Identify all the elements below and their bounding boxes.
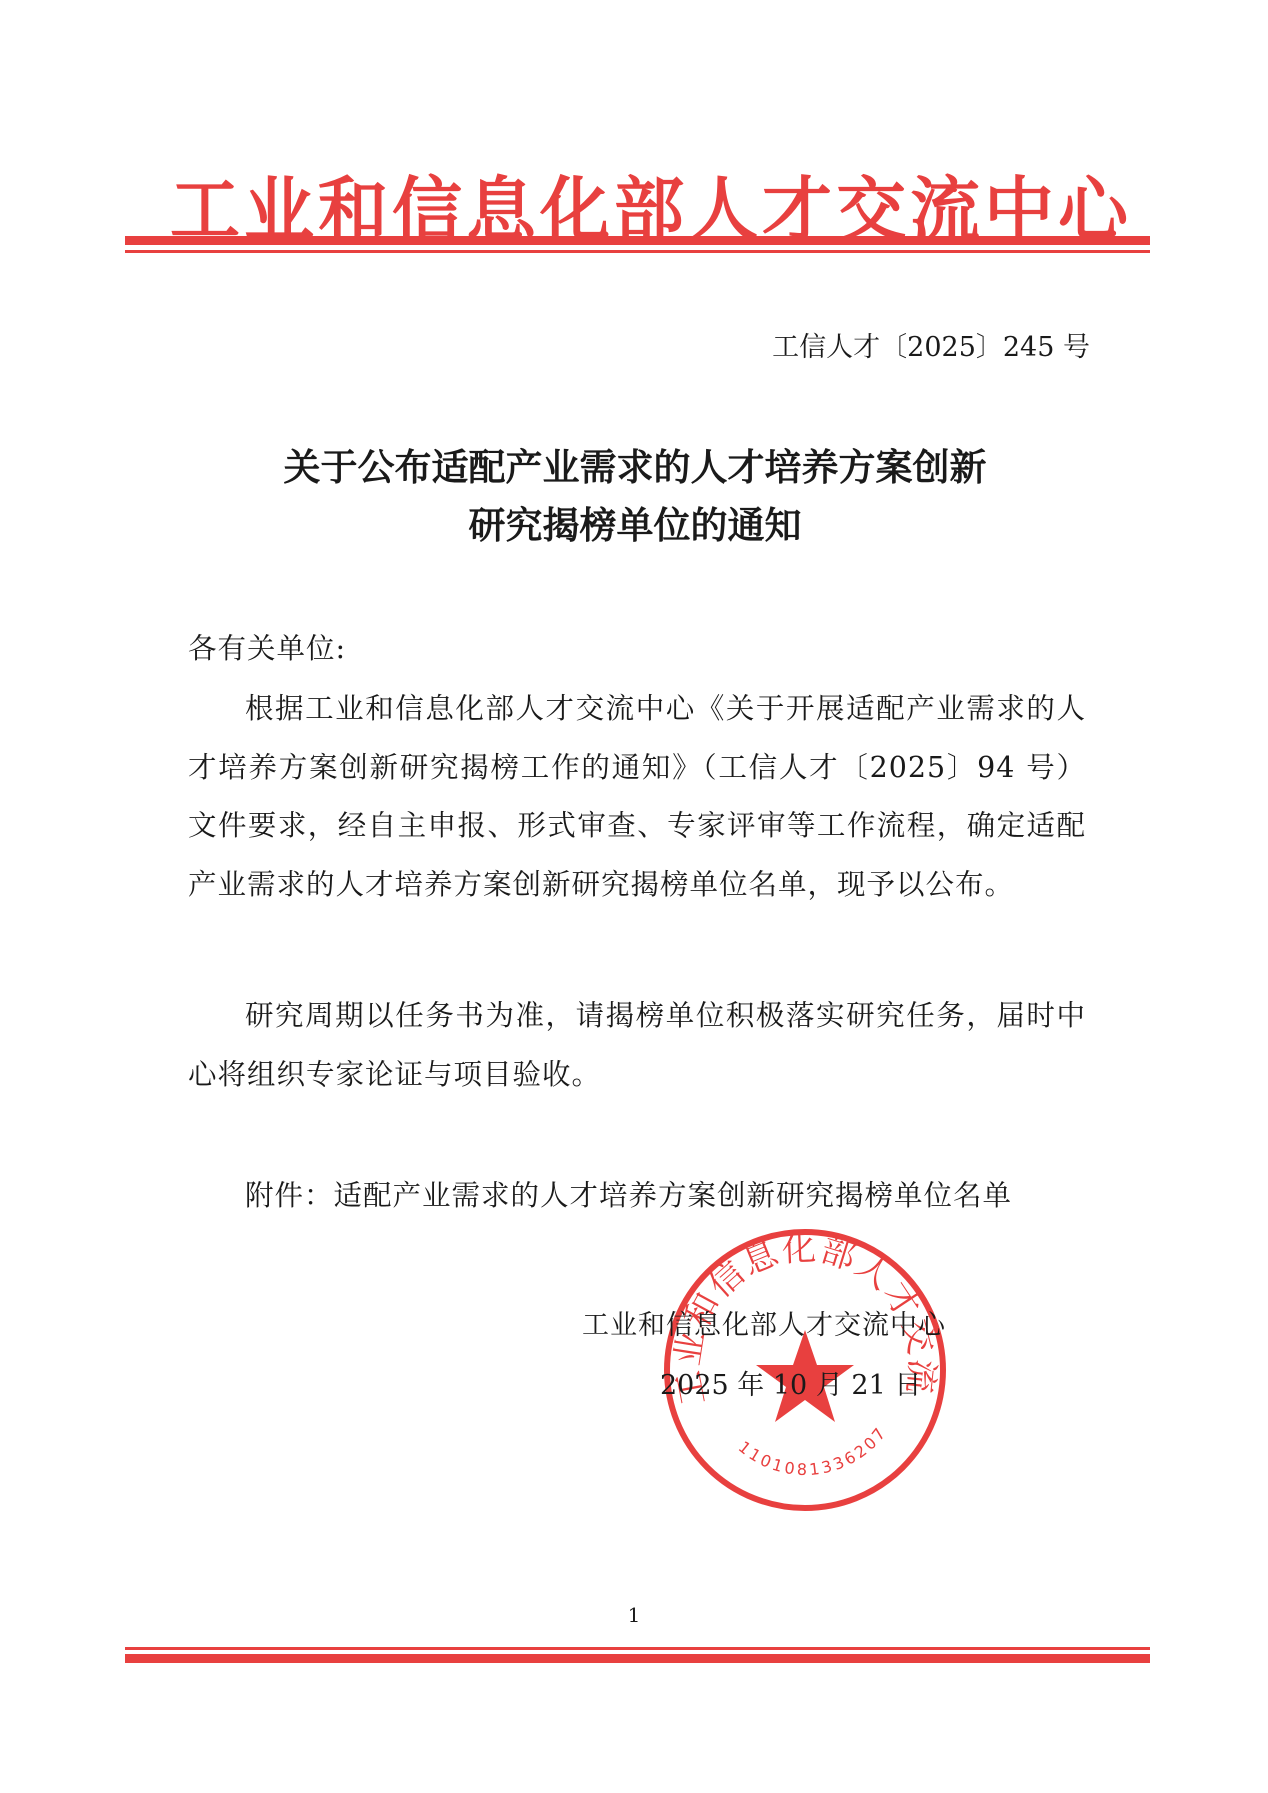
letterhead-rule-thin xyxy=(125,250,1150,253)
attachment-note: 附件：适配产业需求的人才培养方案创新研究揭榜单位名单 xyxy=(245,1167,1095,1226)
letterhead-rule-thick xyxy=(125,236,1150,245)
document-title-line1: 关于公布适配产业需求的人才培养方案创新 xyxy=(140,438,1130,496)
document-title-line2: 研究揭榜单位的通知 xyxy=(140,496,1130,554)
signature-date: 2025 年 10 月 21 日 xyxy=(660,1363,921,1402)
footer-rule-thick xyxy=(125,1654,1150,1663)
signature-org: 工业和信息化部人才交流中心 xyxy=(582,1303,946,1342)
body-paragraph-1: 根据工业和信息化部人才交流中心《关于开展适配产业需求的人才培养方案创新研究揭榜工… xyxy=(188,680,1086,914)
svg-text:1101081336207: 1101081336207 xyxy=(735,1422,891,1479)
salutation: 各有关单位: xyxy=(188,620,1086,679)
body-paragraph-2: 研究周期以任务书为准，请揭榜单位积极落实研究任务，届时中心将组织专家论证与项目验… xyxy=(188,987,1086,1104)
footer-rule-thin xyxy=(125,1647,1150,1650)
page-number: 1 xyxy=(624,1603,644,1627)
document-number: 工信人才〔2025〕245 号 xyxy=(772,325,1090,364)
